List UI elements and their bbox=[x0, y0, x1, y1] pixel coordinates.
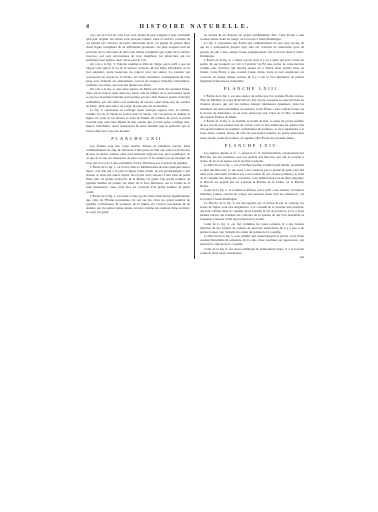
plate-heading: PLANCHE LXIV. bbox=[200, 144, 304, 148]
paragraph: La fig. 3. représente une Étoile qui ord… bbox=[200, 41, 304, 58]
paragraph: Celui de la fig. 4. est fort commun les … bbox=[200, 222, 304, 234]
paragraph: vers sur le bord de cette face sont plat… bbox=[86, 33, 190, 62]
paragraph: L'Étoile de la fig. 2. est aussi à cinq … bbox=[86, 194, 190, 215]
catchword: qui bbox=[200, 255, 304, 259]
paragraph: Celui de la fig. 6. est aussi ombiliqué … bbox=[200, 247, 304, 255]
page-number: 4 bbox=[86, 24, 89, 30]
paragraph: L'Étoile de la fig. 1. est une espèce de… bbox=[200, 94, 304, 119]
paragraph: On voit à la fig. 4, une autre espèce de… bbox=[86, 87, 190, 108]
paragraph: Les Étoiles sont des corps marins divisé… bbox=[86, 144, 190, 165]
running-title: HISTOIRE NATURELLE. bbox=[139, 24, 250, 30]
plate-heading: PLANCHE LXII. bbox=[86, 137, 190, 141]
paragraph: Les figures depuis le n°. 1. jusqu'au n°… bbox=[200, 151, 304, 163]
paragraph: Celui de la fig. 2. se nomme le Ruban, p… bbox=[200, 188, 304, 200]
paragraph: Le Buccin de la fig. 5. a un ombilic qui… bbox=[200, 234, 304, 246]
paragraph: L'Étoile de la fig. 4. a treize rayons d… bbox=[200, 58, 304, 83]
paragraph: L'Étoile de la fig. 2. se nomme le Solei… bbox=[200, 119, 304, 140]
two-column-body: vers sur le bord de cette face sont plat… bbox=[86, 33, 304, 259]
paragraph: La fig. 5, représente un cartilage ayant… bbox=[86, 108, 190, 133]
paragraph: Le Buccin de la fig. 1. est cicle-Buccin… bbox=[200, 163, 304, 188]
document-page: 4 HISTOIRE NATURELLE. vers sur le bord d… bbox=[86, 24, 304, 259]
left-column: vers sur le bord de cette face sont plat… bbox=[86, 33, 194, 259]
paragraph: Le Buccin de la fig. 3. est très-applati… bbox=[200, 201, 304, 222]
right-column: en dessus & en dessous de grains extrême… bbox=[194, 33, 304, 259]
page-header: 4 HISTOIRE NATURELLE. bbox=[86, 24, 304, 33]
plate-heading: PLANCHE LXIII. bbox=[200, 87, 304, 91]
paragraph: L'Étoile de la fig. 1. se trouve dans la… bbox=[86, 165, 190, 194]
paragraph: On voit à la fig. 3, l'Oursin nommé le P… bbox=[86, 62, 190, 87]
